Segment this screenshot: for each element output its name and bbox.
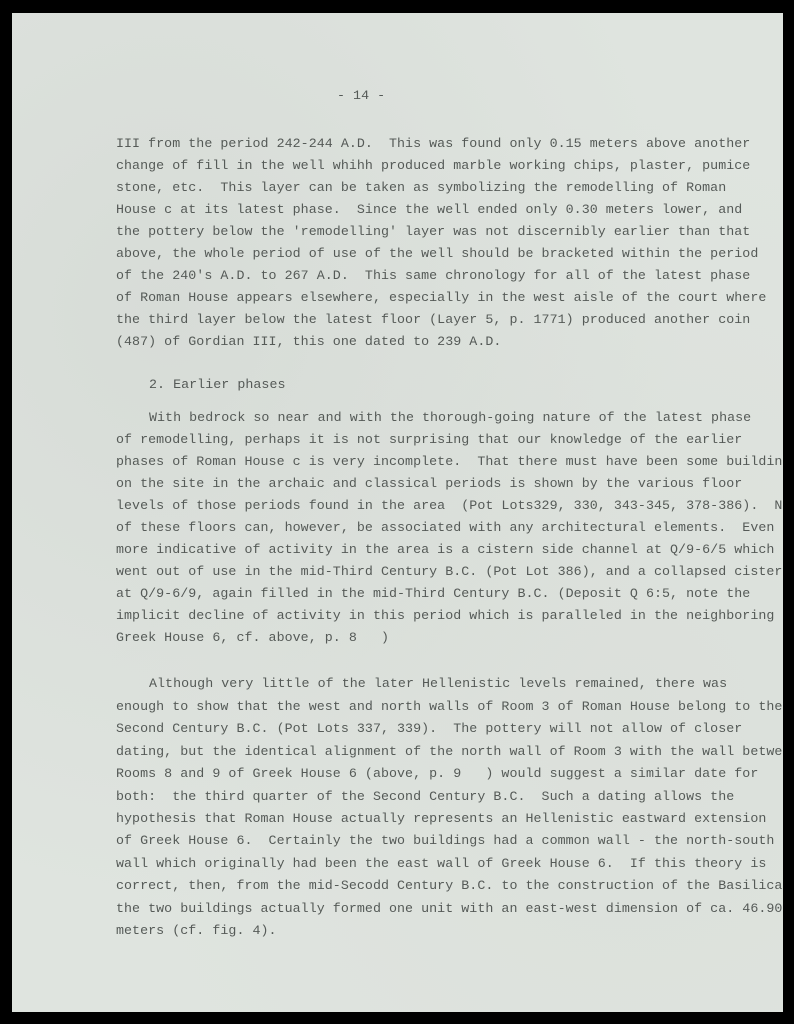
text-line: the pottery below the 'remodelling' laye… xyxy=(116,224,750,240)
text-line: of the 240's A.D. to 267 A.D. This same … xyxy=(116,268,750,284)
text-line: went out of use in the mid-Third Century… xyxy=(116,564,783,580)
text-line: change of fill in the well whihh produce… xyxy=(116,158,750,174)
page-number: - 14 - xyxy=(337,88,385,104)
text-line: Second Century B.C. (Pot Lots 337, 339).… xyxy=(116,721,742,737)
text-line: of these floors can, however, be associa… xyxy=(116,520,774,536)
text-line: phases of Roman House c is very incomple… xyxy=(116,454,783,470)
text-line: wall which originally had been the east … xyxy=(116,856,766,872)
text-line: implicit decline of activity in this per… xyxy=(116,608,774,624)
text-line: of Roman House appears elsewhere, especi… xyxy=(116,290,766,306)
text-line: on the site in the archaic and classical… xyxy=(116,476,742,492)
text-line: correct, then, from the mid-Secodd Centu… xyxy=(116,878,783,894)
text-line: at Q/9-6/9, again filled in the mid-Thir… xyxy=(116,586,750,602)
text-line: With bedrock so near and with the thorou… xyxy=(149,410,751,426)
text-line: III from the period 242-244 A.D. This wa… xyxy=(116,136,750,152)
text-line: of Greek House 6. Certainly the two buil… xyxy=(116,833,774,849)
document-page: - 14 - III from the period 242-244 A.D. … xyxy=(12,13,783,1012)
text-line: (487) of Gordian III, this one dated to … xyxy=(116,334,501,350)
text-line: the two buildings actually formed one un… xyxy=(116,901,782,917)
text-line: above, the whole period of use of the we… xyxy=(116,246,758,262)
text-line: the third layer below the latest floor (… xyxy=(116,312,750,328)
section-heading: 2. Earlier phases xyxy=(149,377,286,393)
text-line: more indicative of activity in the area … xyxy=(116,542,774,558)
text-line: both: the third quarter of the Second Ce… xyxy=(116,789,734,805)
text-line: House c at its latest phase. Since the w… xyxy=(116,202,742,218)
text-line: levels of those periods found in the are… xyxy=(116,498,783,514)
text-line: stone, etc. This layer can be taken as s… xyxy=(116,180,726,196)
text-line: meters (cf. fig. 4). xyxy=(116,923,277,939)
text-line: dating, but the identical alignment of t… xyxy=(116,744,783,760)
text-line: enough to show that the west and north w… xyxy=(116,699,782,715)
text-line: Although very little of the later Hellen… xyxy=(149,676,727,692)
text-line: hypothesis that Roman House actually rep… xyxy=(116,811,766,827)
text-line: of remodelling, perhaps it is not surpri… xyxy=(116,432,742,448)
text-line: Greek House 6, cf. above, p. 8 ) xyxy=(116,630,389,646)
text-line: Rooms 8 and 9 of Greek House 6 (above, p… xyxy=(116,766,758,782)
